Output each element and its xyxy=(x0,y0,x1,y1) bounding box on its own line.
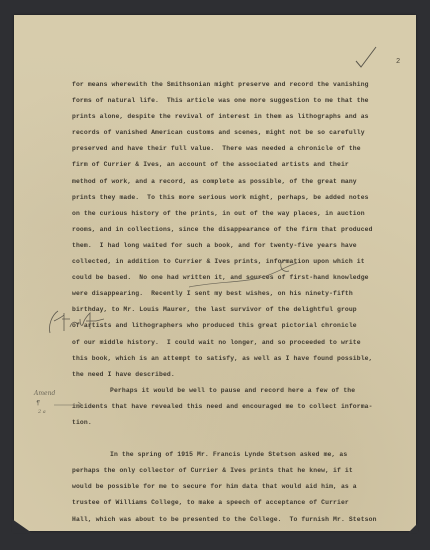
text-line: method of work, and a record, as complet… xyxy=(72,174,412,190)
text-line: forms of natural life. This article was … xyxy=(72,93,412,109)
document-page: 2 for means wherewith the Smithsonian mi… xyxy=(14,15,416,531)
checkmark-icon xyxy=(354,45,378,69)
text-line: Hall, which was about to be presented to… xyxy=(72,512,412,528)
svg-text:2 a: 2 a xyxy=(37,409,46,415)
typewritten-body: for means wherewith the Smithsonian migh… xyxy=(72,77,412,528)
text-line: the need I have described. xyxy=(72,367,412,383)
text-line: firm of Currier & Ives, an account of th… xyxy=(72,157,412,173)
text-line: tion. xyxy=(72,415,412,431)
text-line: would be possible for me to secure for h… xyxy=(72,479,412,495)
svg-text:¶: ¶ xyxy=(36,400,40,407)
text-line: this book, which is an attempt to satisf… xyxy=(72,351,412,367)
text-line: records of vanished American customs and… xyxy=(72,125,412,141)
text-line: them. I had long waited for such a book,… xyxy=(72,238,412,254)
text-line: In the spring of 1915 Mr. Francis Lynde … xyxy=(72,447,412,463)
text-line: trustee of Williams College, to make a s… xyxy=(72,495,412,511)
text-line: incidents that have revealed this need a… xyxy=(72,399,412,415)
handwritten-start-annotation xyxy=(44,299,104,339)
text-line: rooms, and in collections, since the dis… xyxy=(72,222,412,238)
text-line: of artists and lithographers who produce… xyxy=(72,318,412,334)
text-line: for means wherewith the Smithsonian migh… xyxy=(72,77,412,93)
handwritten-margin-note: Amend ¶ 2 a xyxy=(32,385,87,425)
text-line: Perhaps it would be well to pause and re… xyxy=(72,383,412,399)
text-line: prints alone, despite the revival of int… xyxy=(72,109,412,125)
text-line: on the curious history of the prints, in… xyxy=(72,206,412,222)
page-number: 2 xyxy=(396,58,400,66)
text-line xyxy=(72,431,412,447)
handwritten-circle-mark xyxy=(278,259,290,273)
folded-corner xyxy=(12,519,32,533)
svg-text:Amend: Amend xyxy=(33,390,55,397)
text-line: birthday, to Mr. Louis Maurer, the last … xyxy=(72,302,412,318)
text-line: perhaps the only collector of Currier & … xyxy=(72,463,412,479)
text-line: prints they made. To this more serious w… xyxy=(72,190,412,206)
text-line: of our middle history. I could wait no l… xyxy=(72,335,412,351)
text-line: preserved and have their full value. The… xyxy=(72,141,412,157)
